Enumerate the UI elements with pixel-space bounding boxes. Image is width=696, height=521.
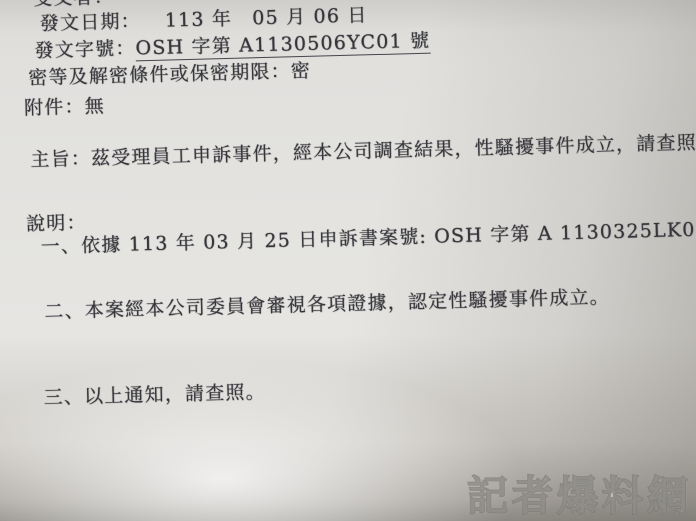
field-attachment: 附件：無 [24, 91, 105, 120]
document-photo: 受文者： 發文日期：113 年 05 月 06 日 發文字號：OSH 字第 A1… [0, 0, 696, 521]
field-issue-date-label: 發文日期： [40, 10, 142, 35]
explanation-item-1: 一、依據 113 年 03 月 25 日申訴書案號: OSH 字第 A 1130… [40, 213, 696, 259]
field-attachment-label: 附件： [24, 96, 85, 120]
explanation-item-1-text: 一、依據 113 年 03 月 25 日申訴書案號: OSH 字第 A 1130… [40, 217, 696, 258]
subject-label: 主旨： [30, 148, 91, 172]
explanation-item-2: 二、本案經本公司委員會審視各項證據，認定性騷擾事件成立。 [44, 282, 610, 324]
explanation-item-3: 三、以上通知，請查照。 [43, 377, 266, 410]
field-classification-value: 密 [290, 60, 311, 83]
subject-line: 主旨：茲受理員工申訴事件，經本公司調查結果，性騷擾事件成立，請查照。 [30, 127, 696, 172]
field-doc-number-label: 發文字號： [34, 37, 136, 62]
news-site-watermark: 記者爆料網 [467, 474, 692, 519]
field-attachment-value: 無 [84, 95, 105, 118]
paper-sheet: 受文者： 發文日期：113 年 05 月 06 日 發文字號：OSH 字第 A1… [0, 0, 696, 521]
explanation-item-2-text: 二、本案經本公司委員會審視各項證據，認定性騷擾事件成立。 [44, 286, 610, 323]
explanation-item-3-text: 三、以上通知，請查照。 [43, 381, 266, 409]
field-classification-label: 密等及解密條件或保密期限： [28, 60, 291, 89]
subject-text: 茲受理員工申訴事件，經本公司調查結果，性騷擾事件成立，請查照。 [91, 131, 696, 169]
